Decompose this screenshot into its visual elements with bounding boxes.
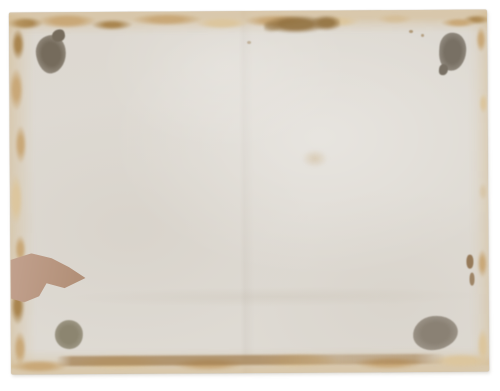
stain-border-right — [468, 12, 489, 366]
stain-speck — [421, 34, 424, 37]
stain-speck — [247, 41, 251, 44]
adhesive-blob-bottom-right — [411, 313, 459, 352]
stain-border-left — [9, 14, 36, 368]
right-edge-mark — [466, 255, 473, 269]
torn-patch-left — [10, 252, 85, 302]
adhesive-blob-bottom-left — [55, 320, 83, 349]
dark-streak-bottom — [56, 354, 446, 366]
right-edge-mark — [469, 273, 474, 286]
stain-border-top — [9, 10, 489, 36]
adhesive-blob-top-right — [438, 32, 467, 72]
stain-speck — [409, 30, 413, 33]
adhesive-blob-top-left — [33, 33, 69, 76]
photo-canvas — [0, 0, 500, 391]
paper-card — [9, 10, 489, 375]
faint-stain-center — [298, 146, 332, 170]
brown-smear-top-center — [264, 12, 340, 35]
